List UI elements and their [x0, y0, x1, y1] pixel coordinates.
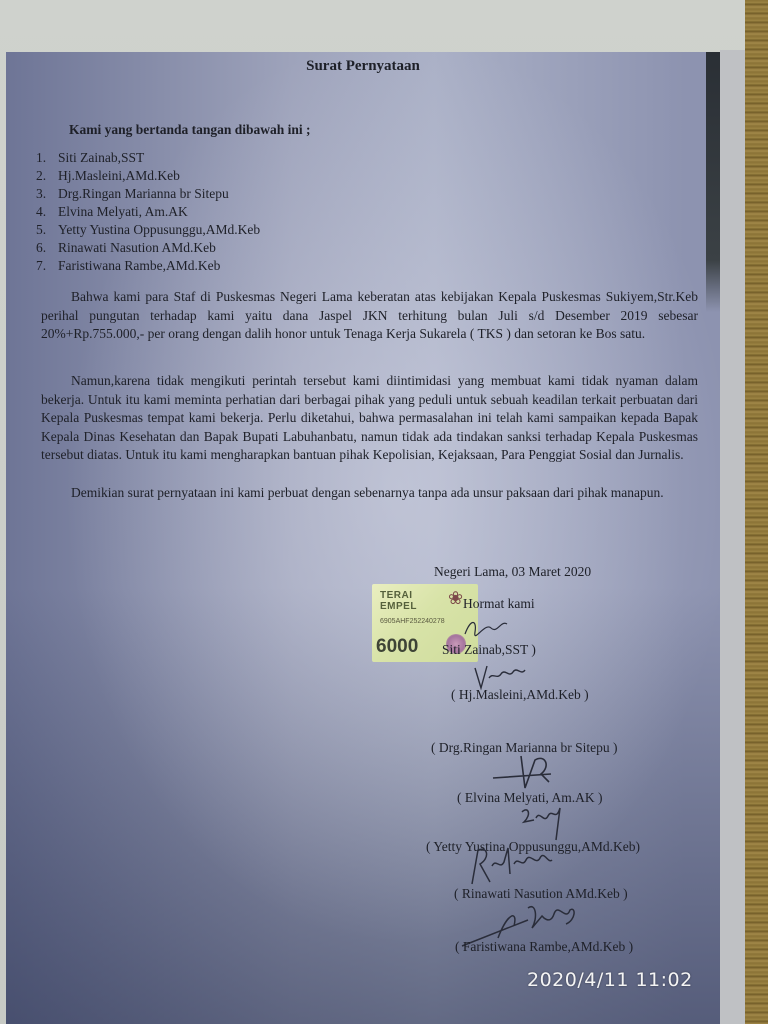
wooden-surface — [745, 0, 768, 1024]
photo-timestamp: 2020/4/11 11:02 — [527, 969, 693, 991]
signature-6-icon — [466, 844, 556, 892]
signatory-name: Siti Zainab,SST — [58, 150, 144, 165]
signature-name-7: ( Faristiwana Rambe,AMd.Keb ) — [455, 939, 633, 955]
letter-content: Surat Pernyataan Kami yang bertanda tang… — [6, 52, 720, 1024]
signatory-name: Hj.Masleini,AMd.Keb — [58, 168, 180, 183]
list-item: 7.Faristiwana Rambe,AMd.Keb — [36, 257, 260, 275]
stamp-value: 6000 — [376, 636, 418, 658]
place-date: Negeri Lama, 03 Maret 2020 — [434, 564, 591, 580]
signature-5-icon — [516, 804, 566, 844]
signatory-list: 1.Siti Zainab,SST 2.Hj.Masleini,AMd.Keb … — [36, 149, 260, 275]
list-item: 6.Rinawati Nasution AMd.Keb — [36, 239, 260, 257]
list-item: 4.Elvina Melyati, Am.AK — [36, 203, 260, 221]
printed-letter: Surat Pernyataan Kami yang bertanda tang… — [6, 52, 720, 1024]
list-item: 2.Hj.Masleini,AMd.Keb — [36, 167, 260, 185]
list-item: 5.Yetty Yustina Oppusunggu,AMd.Keb — [36, 221, 260, 239]
signature-4-icon — [491, 752, 571, 792]
signatory-name: Rinawati Nasution AMd.Keb — [58, 240, 216, 255]
intro-line: Kami yang bertanda tangan dibawah ini ; — [69, 122, 311, 138]
letter-title: Surat Pernyataan — [6, 58, 720, 75]
list-item: 3.Drg.Ringan Marianna br Sitepu — [36, 185, 260, 203]
list-item: 1.Siti Zainab,SST — [36, 149, 260, 167]
signatory-name: Drg.Ringan Marianna br Sitepu — [58, 186, 229, 201]
signatory-name: Faristiwana Rambe,AMd.Keb — [58, 258, 220, 273]
signature-1-icon — [461, 614, 511, 642]
paper-edge — [720, 50, 746, 1024]
paragraph-intimidation: Namun,karena tidak mengikuti perintah te… — [41, 372, 698, 465]
signature-name-2: ( Hj.Masleini,AMd.Keb ) — [451, 687, 589, 703]
signature-name-1: Siti Zainab,SST ) — [442, 642, 536, 658]
signature-name-6: ( Rinawati Nasution AMd.Keb ) — [454, 886, 628, 902]
signatory-name: Elvina Melyati, Am.AK — [58, 204, 188, 219]
garuda-emblem-icon: ❀ — [448, 588, 463, 609]
paragraph-complaint: Bahwa kami para Staf di Puskesmas Negeri… — [41, 288, 698, 344]
closing-salutation: Hormat kami — [463, 596, 535, 612]
signatory-name: Yetty Yustina Oppusunggu,AMd.Keb — [58, 222, 260, 237]
paragraph-closing: Demikian surat pernyataan ini kami perbu… — [41, 484, 698, 503]
